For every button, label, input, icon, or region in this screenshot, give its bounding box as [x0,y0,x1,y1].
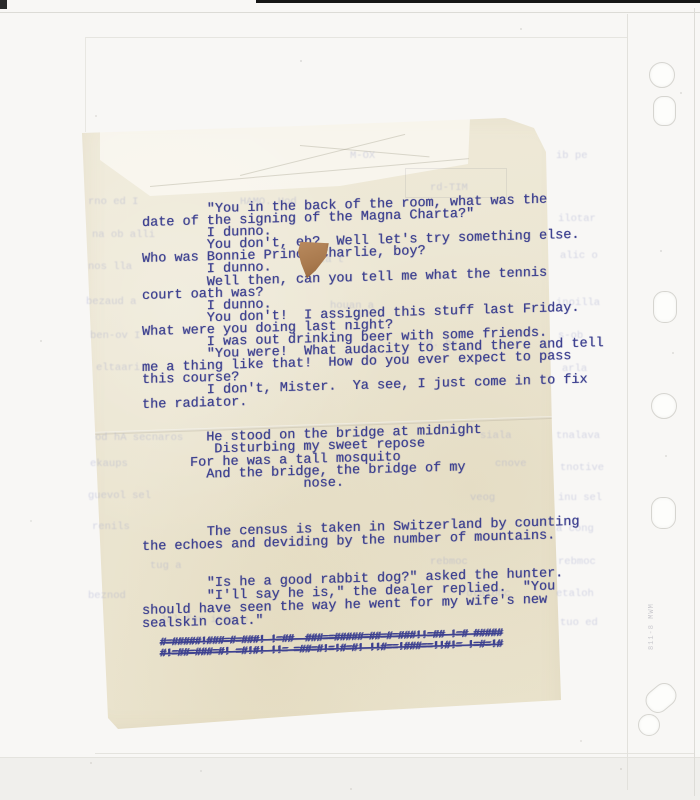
binder-hole [649,62,675,88]
dust-speckles [0,0,2,2]
sleeve-left-edge [85,37,86,132]
bleedthrough-text: rebmoc [558,556,596,568]
binder-hole [651,497,676,529]
bleedthrough-text: ib pe [556,150,588,162]
scan-top-seam-line [0,12,700,13]
bleedthrough-text: tuo ed [560,617,598,629]
sleeve-top-edge [85,37,627,38]
bleedthrough-text: inu sel [558,492,602,504]
binder-hole [651,393,677,419]
scan-edge-dark-bar [256,0,700,3]
scanned-page: { "scan": { "stamp": "811-8 MWM", "backg… [0,0,700,800]
binder-strip-fold [627,14,628,790]
mosquito-poem: He stood on the bridge at midnight Distu… [190,425,482,494]
binder-hole [653,96,676,126]
binder-hole [641,679,681,718]
bleedthrough-text: tnalava [556,430,600,442]
bleedthrough-text: tnotive [560,462,604,474]
sleeve-bottom-edge [95,753,694,754]
binder-hole [653,291,677,323]
classroom-dialogue: "You in the back of the room, what was t… [142,193,604,411]
binder-strip-edge [694,8,695,796]
faint-manufacturer-stamp: 811-8 MWM [648,555,662,650]
scanner-bed-bottom [0,757,700,800]
binder-hole [638,714,660,736]
